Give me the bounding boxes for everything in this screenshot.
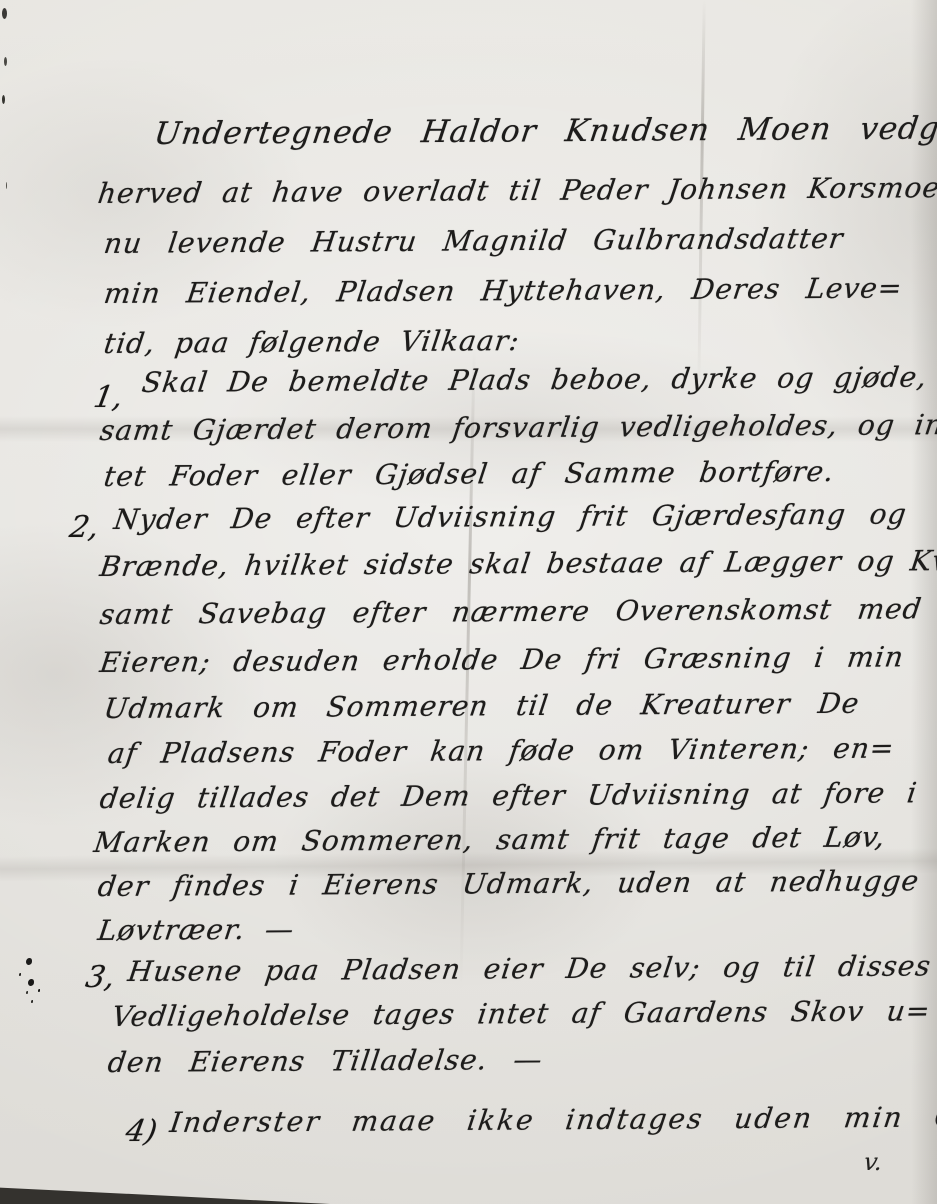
bottom-left-page-edge-shadow	[0, 1184, 330, 1204]
page-turn-mark: v.	[862, 1148, 884, 1176]
letter-line: min Eiendel, Pladsen Hyttehaven, Deres L…	[102, 271, 905, 310]
clause-1-line: tet Foder eller Gjødsel af Samme bortfør…	[102, 455, 836, 493]
clause-2-line: af Pladsens Foder kan føde om Vinteren; …	[106, 732, 897, 770]
clause-1-line: Skal De bemeldte Plads beboe, dyrke og g…	[140, 361, 929, 399]
letter-line: nu levende Hustru Magnild Gulbrandsdatte…	[102, 222, 846, 260]
paper-specks	[2, 8, 7, 19]
clause-4-line: Inderster maae ikke indtages uden min Ga…	[168, 1100, 937, 1139]
clause-3-line: Vedligeholdelse tages intet af Gaardens …	[110, 994, 933, 1033]
clause-number-4: 4)	[123, 1114, 160, 1149]
clause-2-line: Nyder De efter Udviisning frit Gjærdesfa…	[112, 497, 909, 536]
clause-2-line: Eieren; desuden erholde De fri Græsning …	[98, 640, 906, 679]
clause-3-line: Husene paa Pladsen eier De selv; og til …	[126, 949, 933, 988]
clause-2-line: Udmark om Sommeren til de Kreaturer De	[102, 687, 862, 725]
ink-blot	[26, 958, 32, 965]
clause-number-1: 1,	[91, 380, 126, 415]
clause-2-line: delig tillades det Dem efter Udviisning …	[98, 776, 920, 815]
clause-2-line: samt Savebag efter nærmere Overenskomst …	[98, 592, 924, 631]
letter-opening-line: Undertegnede Haldor Knudsen Moen vedgaae…	[152, 110, 937, 152]
letter-line: herved at have overladt til Peder Johnse…	[96, 171, 937, 210]
clause-number-3: 3,	[83, 960, 118, 995]
clause-2-line: Marken om Sommeren, samt frit tage det L…	[92, 820, 888, 859]
clause-2-line: der findes i Eierens Udmark, uden at ned…	[96, 864, 921, 903]
scanned-letter-page: Undertegnede Haldor Knudsen Moen vedgaae…	[0, 0, 937, 1204]
clause-2-line: Løvtræer. —	[96, 913, 297, 947]
clause-3-line: den Eierens Tilladelse. —	[106, 1043, 545, 1079]
clause-number-2: 2,	[67, 510, 102, 545]
letter-line: tid, paa følgende Vilkaar:	[102, 324, 522, 360]
clause-2-line: Brænde, hvilket sidste skal bestaae af L…	[98, 544, 937, 583]
clause-1-line: samt Gjærdet derom forsvarlig vedligehol…	[98, 408, 937, 447]
